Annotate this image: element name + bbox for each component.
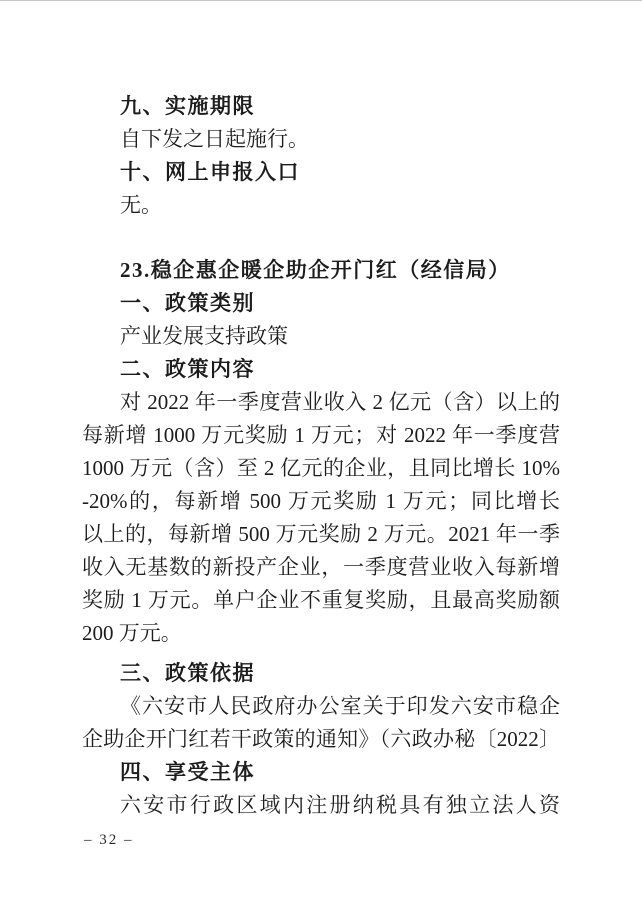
policy-content-line-5: 以上的，每新增 500 万元奖励 2 万元。2021 年一季度营业	[82, 518, 560, 551]
policy-content-line-7: 奖励 1 万元。单户企业不重复奖励，且最高奖励额度不超过	[82, 584, 560, 617]
document-body: 九、实施期限 自下发之日起施行。 十、网上申报入口 无。 23.稳企惠企暖企助企…	[82, 90, 560, 822]
policy-content-line-6: 收入无基数的新投产企业，一季度营业收入每新增 500 万元	[82, 551, 560, 584]
heading-policy-basis: 三、政策依据	[82, 657, 560, 690]
text-implementation-period: 自下发之日起施行。	[82, 123, 560, 156]
heading-online-application-entry: 十、网上申报入口	[82, 156, 560, 189]
text-online-application-entry: 无。	[82, 189, 560, 222]
heading-beneficiaries: 四、享受主体	[82, 756, 560, 789]
policy-content-line-3: 1000 万元（含）至 2 亿元的企业，且同比增长 10%（含）	[82, 452, 560, 485]
policy-basis-line-1: 《六安市人民政府办公室关于印发六安市稳企惠企暖	[82, 690, 560, 723]
document-page: 九、实施期限 自下发之日起施行。 十、网上申报入口 无。 23.稳企惠企暖企助企…	[0, 0, 642, 907]
heading-policy-category: 一、政策类别	[82, 287, 560, 320]
beneficiaries-line-1: 六安市行政区域内注册纳税具有独立法人资格、通过统	[82, 789, 560, 822]
policy-basis-line-2: 企助企开门红若干政策的通知》（六政办秘〔2022〕17 号）	[82, 723, 560, 756]
page-number: – 32 –	[84, 832, 134, 849]
text-policy-category: 产业发展支持政策	[82, 320, 560, 353]
policy-content-line-8: 200 万元。	[82, 617, 560, 650]
policy-content-line-1: 对 2022 年一季度营业收入 2 亿元（含）以上的企业，	[82, 386, 560, 419]
heading-implementation-period: 九、实施期限	[82, 90, 560, 123]
policy-content-line-4: -20%的，每新增 500 万元奖励 1 万元；同比增长 20%（含）	[82, 485, 560, 518]
policy-content-line-2: 每新增 1000 万元奖励 1 万元；对 2022 年一季度营业收入	[82, 419, 560, 452]
heading-policy-content: 二、政策内容	[82, 353, 560, 386]
policy-23-title: 23.稳企惠企暖企助企开门红（经信局）	[82, 254, 560, 287]
blank-line	[82, 222, 560, 254]
